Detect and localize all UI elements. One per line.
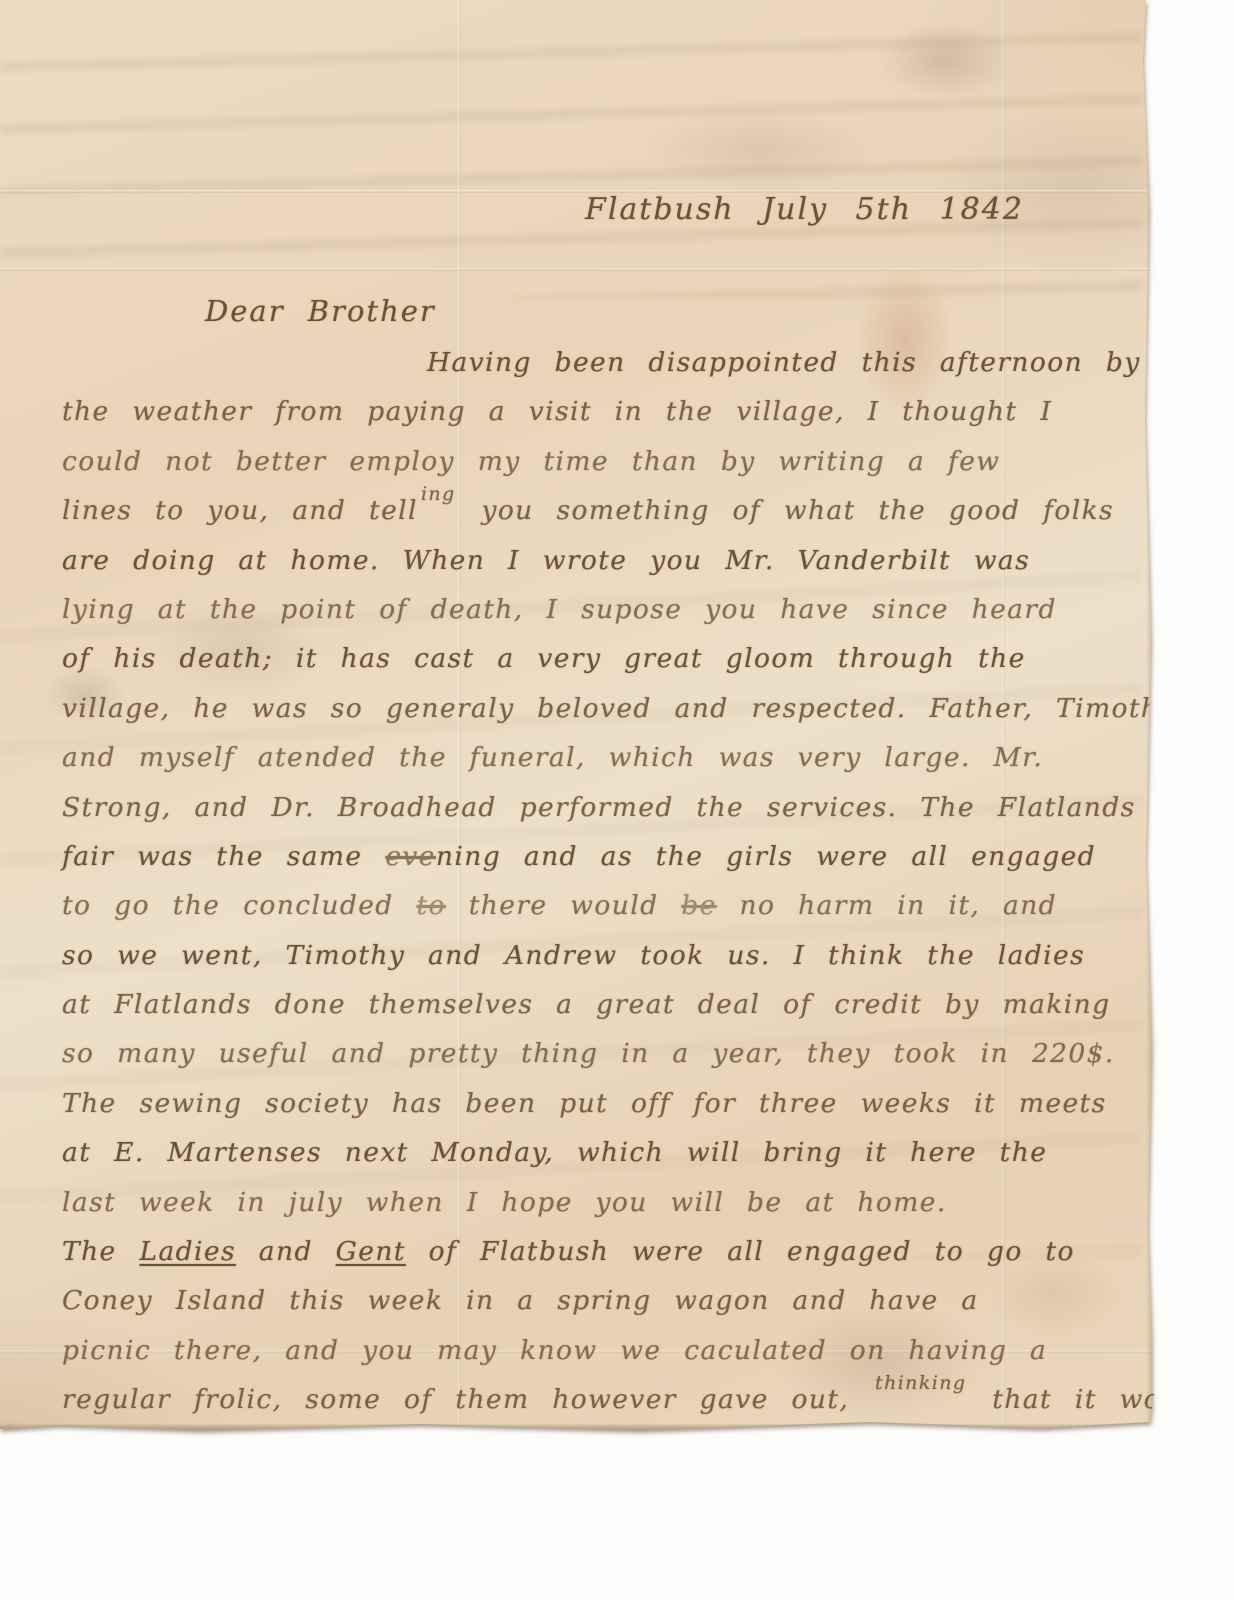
paper-bottom-edge [0,1423,1152,1430]
line-text: so we went, Timothy and Andrew took us. … [62,940,1085,971]
letter-line: could not better employ my time than by … [62,437,1147,486]
line-text: Strong, and Dr. Broadhead performed the … [62,792,1136,823]
inserted-word-above-line: thinking [875,1359,966,1408]
salutation: Dear Brother [205,294,436,328]
line-text: and [236,1236,336,1267]
letter-line: picnic there, and you may know we cacula… [62,1326,1147,1375]
fold-crease-horizontal [0,268,1152,271]
line-text: of his death; it has cast a very great g… [62,643,1026,674]
line-text: the weather from paying a visit in the v… [62,396,1052,427]
line-text: village, he was so generaly beloved and … [62,693,1176,724]
letter-line: of his death; it has cast a very great g… [62,634,1147,683]
letter-line: Coney Island this week in a spring wagon… [62,1276,1147,1325]
line-text: last week in july when I hope you will b… [62,1187,947,1218]
letter-line: and myself atended the funeral, which wa… [62,733,1147,782]
ink-bleed-through-top [0,28,1142,298]
line-text: are doing at home. When I wrote you Mr. … [62,545,1030,576]
letter-line: so we went, Timothy and Andrew took us. … [62,931,1147,980]
struck-word: to [416,890,445,921]
letter-line: the weather from paying a visit in the v… [62,387,1147,436]
line-text: and myself atended the funeral, which wa… [62,742,1043,773]
line-text: The [62,1236,139,1267]
letter-scan: Flatbush July 5th 1842 Dear Brother Havi… [0,0,1152,1430]
letter-line: so many useful and pretty thing in a yea… [62,1029,1147,1078]
line-text: at Flatlands done themselves a great dea… [62,989,1110,1020]
underlined-word: Ladies [139,1236,236,1267]
paper-right-edge [1146,0,1152,1430]
line-text: you something of what the good folks [459,495,1114,526]
letter-line: last week in july when I hope you will b… [62,1178,1147,1227]
line-text: Coney Island this week in a spring wagon… [62,1285,979,1316]
struck-word: eve [385,841,436,872]
line-text: ning and as the girls were all engaged [436,841,1096,872]
letter-paper: Flatbush July 5th 1842 Dear Brother Havi… [0,0,1152,1430]
letter-line: regular frolic, some of them however gav… [62,1375,1147,1424]
letter-line: village, he was so generaly beloved and … [62,684,1147,733]
letter-line: at E. Martenses next Monday, which will … [62,1128,1147,1177]
letter-line: Strong, and Dr. Broadhead performed the … [62,783,1147,832]
struck-word: be [681,890,716,921]
letter-line: The Ladies and Gent of Flatbush were all… [62,1227,1147,1276]
line-text: no harm in it, and [717,890,1057,921]
letter-line: at Flatlands done themselves a great dea… [62,980,1147,1029]
line-text: of Flatbush were all engaged to go to [406,1236,1075,1267]
line-text: there would [446,890,681,921]
line-text: The sewing society has been put off for … [62,1088,1107,1119]
letter-line: lines to you, and telling you something … [62,486,1147,535]
dateline: Flatbush July 5th 1842 [585,192,1024,227]
letter-line: fair was the same evening and as the gir… [62,832,1147,881]
line-text: Having been disappointed this afternoon … [427,347,1141,378]
line-text: so many useful and pretty thing in a yea… [62,1038,1115,1069]
line-text: lying at the point of death, I supose yo… [62,594,1057,625]
line-text: lines to you, and tell [62,495,418,526]
line-text: fair was the same [62,841,385,872]
line-text: could not better employ my time than by … [62,446,1000,477]
underlined-word: Gent [336,1236,406,1267]
line-text: regular frolic, some of them however gav… [62,1384,872,1415]
letter-line: are doing at home. When I wrote you Mr. … [62,536,1147,585]
line-text: to go the concluded [62,890,416,921]
letter-line: to go the concluded to there would be no… [62,881,1147,930]
letter-line: Having been disappointed this afternoon … [62,338,1147,387]
inserted-word-above-line: ing [421,470,456,519]
letter-line: lying at the point of death, I supose yo… [62,585,1147,634]
line-text: at E. Martenses next Monday, which will … [62,1137,1047,1168]
letter-body: Having been disappointed this afternoon … [62,338,1147,1425]
letter-line: The sewing society has been put off for … [62,1079,1147,1128]
